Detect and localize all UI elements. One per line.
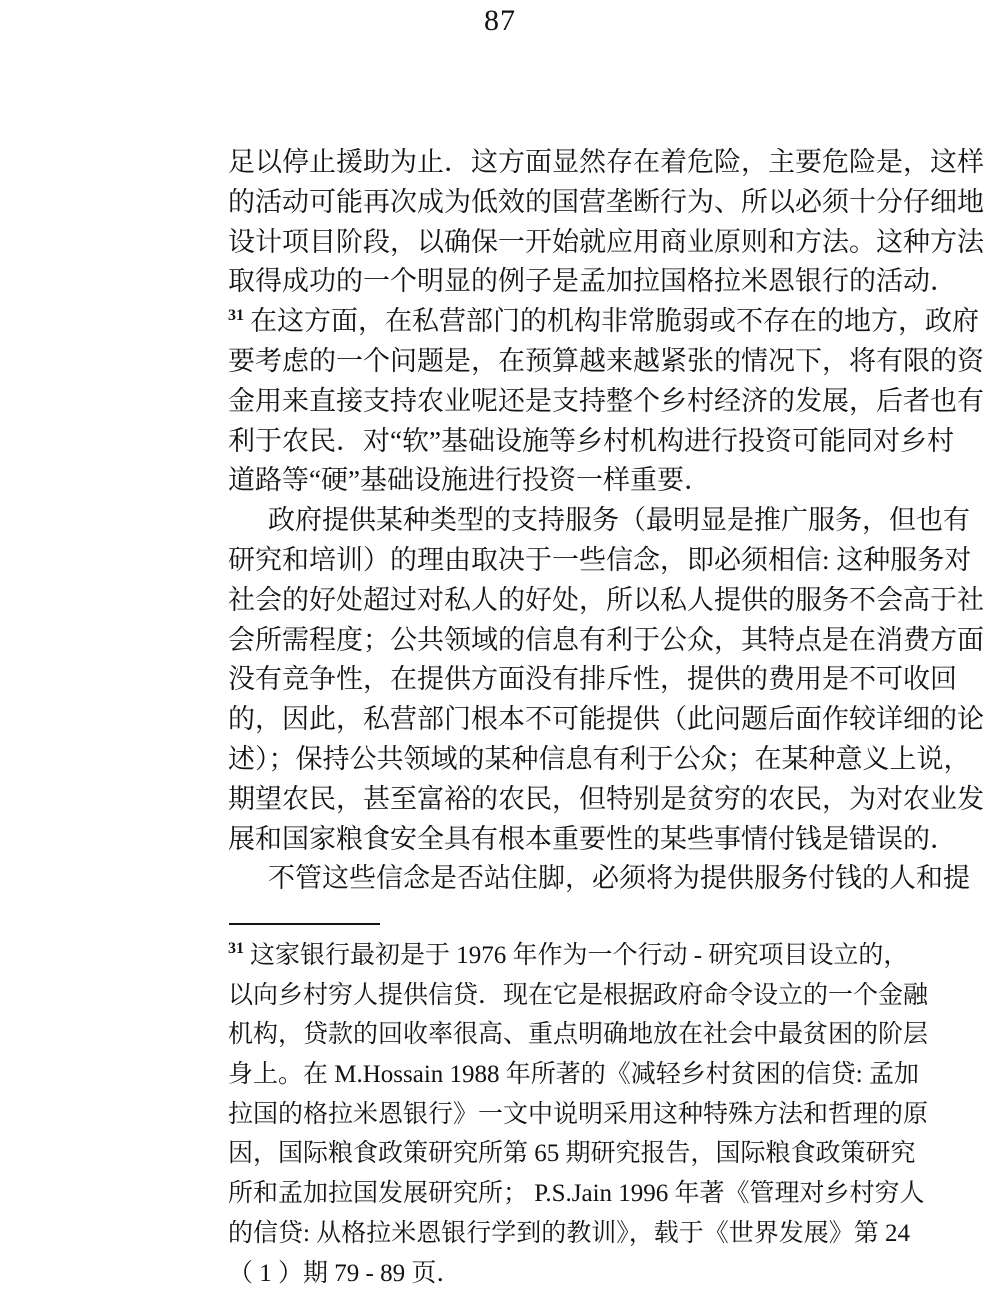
body-line: 的，因此，私营部门根本不可能提供（此问题后面作较详细的论	[228, 700, 854, 740]
footnote-separator-rule	[229, 923, 380, 925]
body-text: 足以停止援助为止．这方面显然存在着危险，主要危险是，这样 的活动可能再次成为低效…	[228, 143, 854, 899]
scanned-document-page: { "page_number": "87", "body": { "footno…	[0, 0, 1000, 1292]
footnote-line: 的信贷: 从格拉米恩银行学到的教训》，载于《世界发展》第 24	[228, 1214, 854, 1254]
body-line: 的活动可能再次成为低效的国营垄断行为、所以必须十分仔细地	[228, 183, 854, 223]
footnote-marker-31: 31	[228, 940, 244, 957]
body-line: 研究和培训）的理由取决于一些信念，即必须相信: 这种服务对	[228, 541, 854, 581]
footnote-line: 31这家银行最初是于 1976 年作为一个行动 - 研究项目设立的，	[228, 936, 854, 976]
footnote-line: （ 1 ）期 79 - 89 页．	[228, 1254, 854, 1292]
body-line: 利于农民．对“软”基础设施等乡村机构进行投资可能同对乡村	[228, 422, 854, 462]
body-line: 道路等“硬”基础设施进行投资一样重要．	[228, 461, 854, 501]
body-line: 足以停止援助为止．这方面显然存在着危险，主要危险是，这样	[228, 143, 854, 183]
body-line-paragraph-start: 不管这些信念是否站住脚，必须将为提供服务付钱的人和提	[228, 859, 854, 899]
footnote-line: 所和孟加拉国发展研究所； P.S.Jain 1996 年著《管理对乡村穷人	[228, 1174, 854, 1214]
body-line-paragraph-start: 政府提供某种类型的支持服务（最明显是推广服务，但也有	[228, 501, 854, 541]
body-line: 金用来直接支持农业呢还是支持整个乡村经济的发展，后者也有	[228, 382, 854, 422]
footnote: 31这家银行最初是于 1976 年作为一个行动 - 研究项目设立的， 以向乡村穷…	[228, 936, 854, 1292]
body-line-text: 在这方面，在私营部门的机构非常脆弱或不存在的地方，政府	[250, 306, 979, 336]
body-line: 期望农民，甚至富裕的农民，但特别是贫穷的农民，为对农业发	[228, 780, 854, 820]
body-line: 31在这方面，在私营部门的机构非常脆弱或不存在的地方，政府	[228, 302, 854, 342]
body-line: 展和国家粮食安全具有根本重要性的某些事情付钱是错误的．	[228, 820, 854, 860]
body-line: 要考虑的一个问题是，在预算越来越紧张的情况下，将有限的资	[228, 342, 854, 382]
page-number: 87	[0, 4, 1000, 38]
body-line: 会所需程度；公共领域的信息有利于公众，其特点是在消费方面	[228, 621, 854, 661]
body-line: 没有竞争性，在提供方面没有排斥性，提供的费用是不可收回	[228, 660, 854, 700]
footnote-line: 以向乡村穷人提供信贷．现在它是根据政府命令设立的一个金融	[228, 976, 854, 1016]
body-line: 取得成功的一个明显的例子是孟加拉国格拉米恩银行的活动．	[228, 262, 854, 302]
footnote-line-text: 这家银行最初是于 1976 年作为一个行动 - 研究项目设立的，	[250, 942, 908, 969]
footnote-reference-31: 31	[228, 307, 244, 324]
body-line: 述）；保持公共领域的某种信息有利于公众；在某种意义上说，	[228, 740, 854, 780]
body-line: 社会的好处超过对私人的好处，所以私人提供的服务不会高于社	[228, 581, 854, 621]
footnote-line: 机构，贷款的回收率很高、重点明确地放在社会中最贫困的阶层	[228, 1015, 854, 1055]
footnote-line: 身上。在 M.Hossain 1988 年所著的《减轻乡村贫困的信贷: 孟加	[228, 1055, 854, 1095]
footnote-line: 因，国际粮食政策研究所第 65 期研究报告，国际粮食政策研究	[228, 1134, 854, 1174]
body-line: 设计项目阶段，以确保一开始就应用商业原则和方法。这种方法	[228, 223, 854, 263]
footnote-line: 拉国的格拉米恩银行》一文中说明采用这种特殊方法和哲理的原	[228, 1095, 854, 1135]
